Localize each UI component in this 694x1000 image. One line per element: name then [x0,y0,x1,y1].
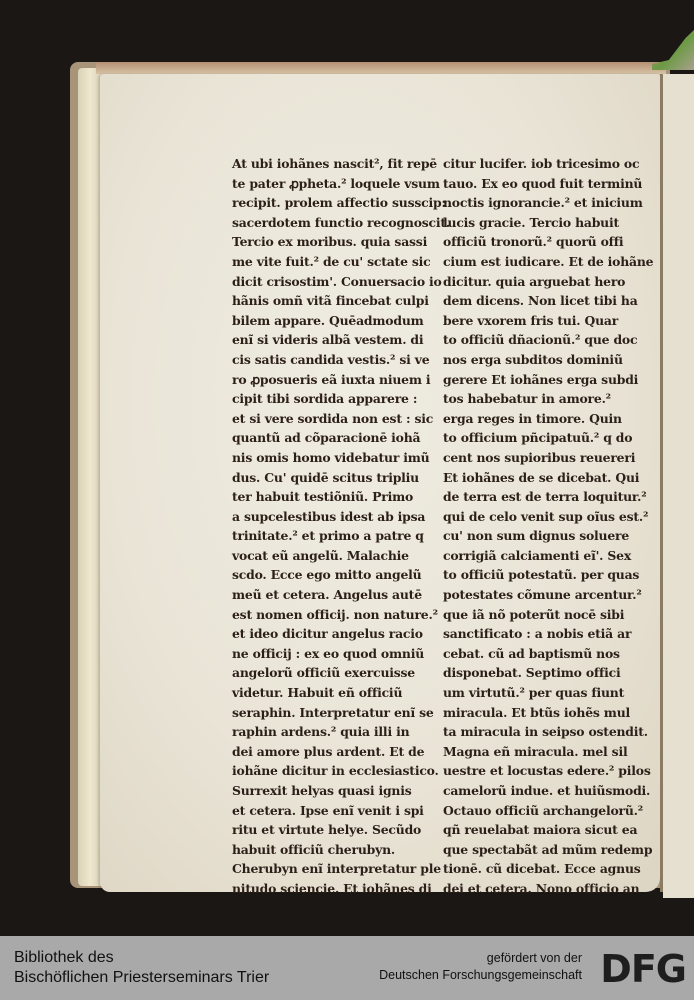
text-column-right: citur lucifer. iob tricesimo octauo. Ex … [443,154,653,899]
manuscript-line: nos erga subditos dominiũ [443,350,653,370]
manuscript-line: ritu et virtute helye. Secũdo [232,820,450,840]
manuscript-line: recipit. prolem affectio susscip: [232,193,450,213]
manuscript-line: quantũ ad cõparacionē iohã [232,428,450,448]
green-tab-marker [652,30,694,70]
sponsor-line1: gefördert von der [379,950,582,967]
manuscript-line: camelorũ indue. et huiũsmodi. [443,781,653,801]
manuscript-line: hãnis omñ vitã fincebat culpi [232,291,450,311]
manuscript-line: to officium pñcipatuũ.² q do [443,428,653,448]
manuscript-line: Surrexit helyas quasi ignis [232,781,450,801]
manuscript-line: miracula. Et btũs iohẽs mul [443,703,653,723]
sponsor-credit: gefördert von der Deutschen Forschungsge… [379,950,582,984]
dfg-logo: DFG [600,950,686,988]
manuscript-line: est nomen officij. non nature.² [232,605,450,625]
manuscript-line: cent nos supioribus reuereri [443,448,653,468]
manuscript-line: videtur. Habuit eñ officiũ [232,683,450,703]
library-name: Bibliothek des Bischöflichen Priestersem… [14,948,269,988]
manuscript-line: ne officij : ex eo quod omniũ [232,644,450,664]
manuscript-line: tauo. Ex eo quod fuit terminũ [443,174,653,194]
manuscript-line: seraphin. Interpretatur enĩ se [232,703,450,723]
manuscript-line: vocat eũ angelũ. Malachie [232,546,450,566]
manuscript-line: ter habuit testiõniũ. Primo [232,487,450,507]
manuscript-line: noctis ignorancie.² et inicium [443,193,653,213]
manuscript-line: sanctificato : a nobis etiã ar [443,624,653,644]
footer-bar: Bibliothek des Bischöflichen Priestersem… [0,936,694,1000]
manuscript-scan: At ubi iohãnes nascit², fit repēte pater… [0,0,694,936]
manuscript-line: ro ꝓposueris eã iuxta niuem i [232,370,450,390]
manuscript-line: et ideo dicitur angelus racio [232,624,450,644]
manuscript-line: to officiũ dñacionũ.² que doc [443,330,653,350]
manuscript-line: Tercio ex moribus. quia sassi [232,232,450,252]
manuscript-line: nis omis homo videbatur imũ [232,448,450,468]
manuscript-line: te pater ꝓpheta.² loquele vsum [232,174,450,194]
manuscript-line: uestre et locustas edere.² pilos [443,761,653,781]
manuscript-line: angelorũ officiũ exercuisse [232,663,450,683]
manuscript-line: Magna eñ miracula. mel sil [443,742,653,762]
manuscript-line: dei amore plus ardent. Et de [232,742,450,762]
manuscript-line: ta miracula in seipso ostendit. [443,722,653,742]
manuscript-line: dicitur. quia arguebat hero [443,272,653,292]
manuscript-line: At ubi iohãnes nascit², fit repē [232,154,450,174]
binding-top-band [96,62,666,74]
manuscript-line: scdo. Ecce ego mitto angelũ [232,565,450,585]
manuscript-line: dicit crisostim'. Conuersacio io [232,272,450,292]
manuscript-line: que iã nõ poterũt nocē sibi [443,605,653,625]
manuscript-line: bere vxorem fris tui. Quar [443,311,653,331]
manuscript-line: dus. Cu' quidē scitus tripliu [232,468,450,488]
facing-leaf-edge [663,74,694,898]
manuscript-line: habuit officiũ cherubyn. [232,840,450,860]
manuscript-line: et cetera. Ipse enĩ venit i spi [232,801,450,821]
text-column-left: At ubi iohãnes nascit², fit repēte pater… [232,154,450,899]
manuscript-line: nitudo sciencie. Et iohãnes di [232,879,450,899]
manuscript-line: Octauo officiũ archangelorũ.² [443,801,653,821]
manuscript-line: officiũ tronorũ.² quorũ offi [443,232,653,252]
manuscript-line: cebat. cũ ad baptismũ nos [443,644,653,664]
manuscript-line: cu' non sum dignus soluere [443,526,653,546]
manuscript-line: qui de celo venit sup oĩus est.² [443,507,653,527]
manuscript-line: Et iohãnes de se dicebat. Qui [443,468,653,488]
manuscript-line: corrigiã calciamenti eĩ'. Sex [443,546,653,566]
manuscript-line: sacerdotem functio recognoscit. [232,213,450,233]
manuscript-line: cipit tibi sordida apparere : [232,389,450,409]
manuscript-line: dei et cetera. Nono officio an [443,879,653,899]
manuscript-line: tionē. cũ dicebat. Ecce agnus [443,859,653,879]
manuscript-line: lucis gracie. Tercio habuit [443,213,653,233]
manuscript-line: potestates cõmune arcentur.² [443,585,653,605]
manuscript-line: enĩ si videris albã vestem. di [232,330,450,350]
manuscript-line: meũ et cetera. Angelus autē [232,585,450,605]
manuscript-line: Cherubyn enĩ interpretatur ple [232,859,450,879]
manuscript-line: citur lucifer. iob tricesimo oc [443,154,653,174]
manuscript-line: cium est iudicare. Et de iohãne [443,252,653,272]
manuscript-line: trinitate.² et primo a patre q [232,526,450,546]
manuscript-line: cis satis candida vestis.² si ve [232,350,450,370]
manuscript-line: um virtutũ.² per quas fiunt [443,683,653,703]
manuscript-line: to officiũ potestatũ. per quas [443,565,653,585]
manuscript-line: iohãne dicitur in ecclesiastico. [232,761,450,781]
manuscript-line: bilem appare. Quēadmodum [232,311,450,331]
sponsor-line2: Deutschen Forschungsgemeinschaft [379,967,582,984]
manuscript-line: dem dicens. Non licet tibi ha [443,291,653,311]
manuscript-line: disponebat. Septimo offici [443,663,653,683]
library-name-line1: Bibliothek des [14,948,269,968]
manuscript-line: raphin ardens.² quia illi in [232,722,450,742]
manuscript-line: a supcelestibus idest ab ipsa [232,507,450,527]
library-name-line2: Bischöflichen Priesterseminars Trier [14,968,269,988]
manuscript-line: que spectabãt ad mũm redemp [443,840,653,860]
manuscript-line: qñ reuelabat maiora sicut ea [443,820,653,840]
manuscript-line: erga reges in timore. Quin [443,409,653,429]
manuscript-line: tos habebatur in amore.² [443,389,653,409]
manuscript-line: et si vere sordida non est : sic [232,409,450,429]
manuscript-line: me vite fuit.² de cu' sctate sic [232,252,450,272]
manuscript-line: gerere Et iohãnes erga subdi [443,370,653,390]
manuscript-line: de terra est de terra loquitur.² [443,487,653,507]
